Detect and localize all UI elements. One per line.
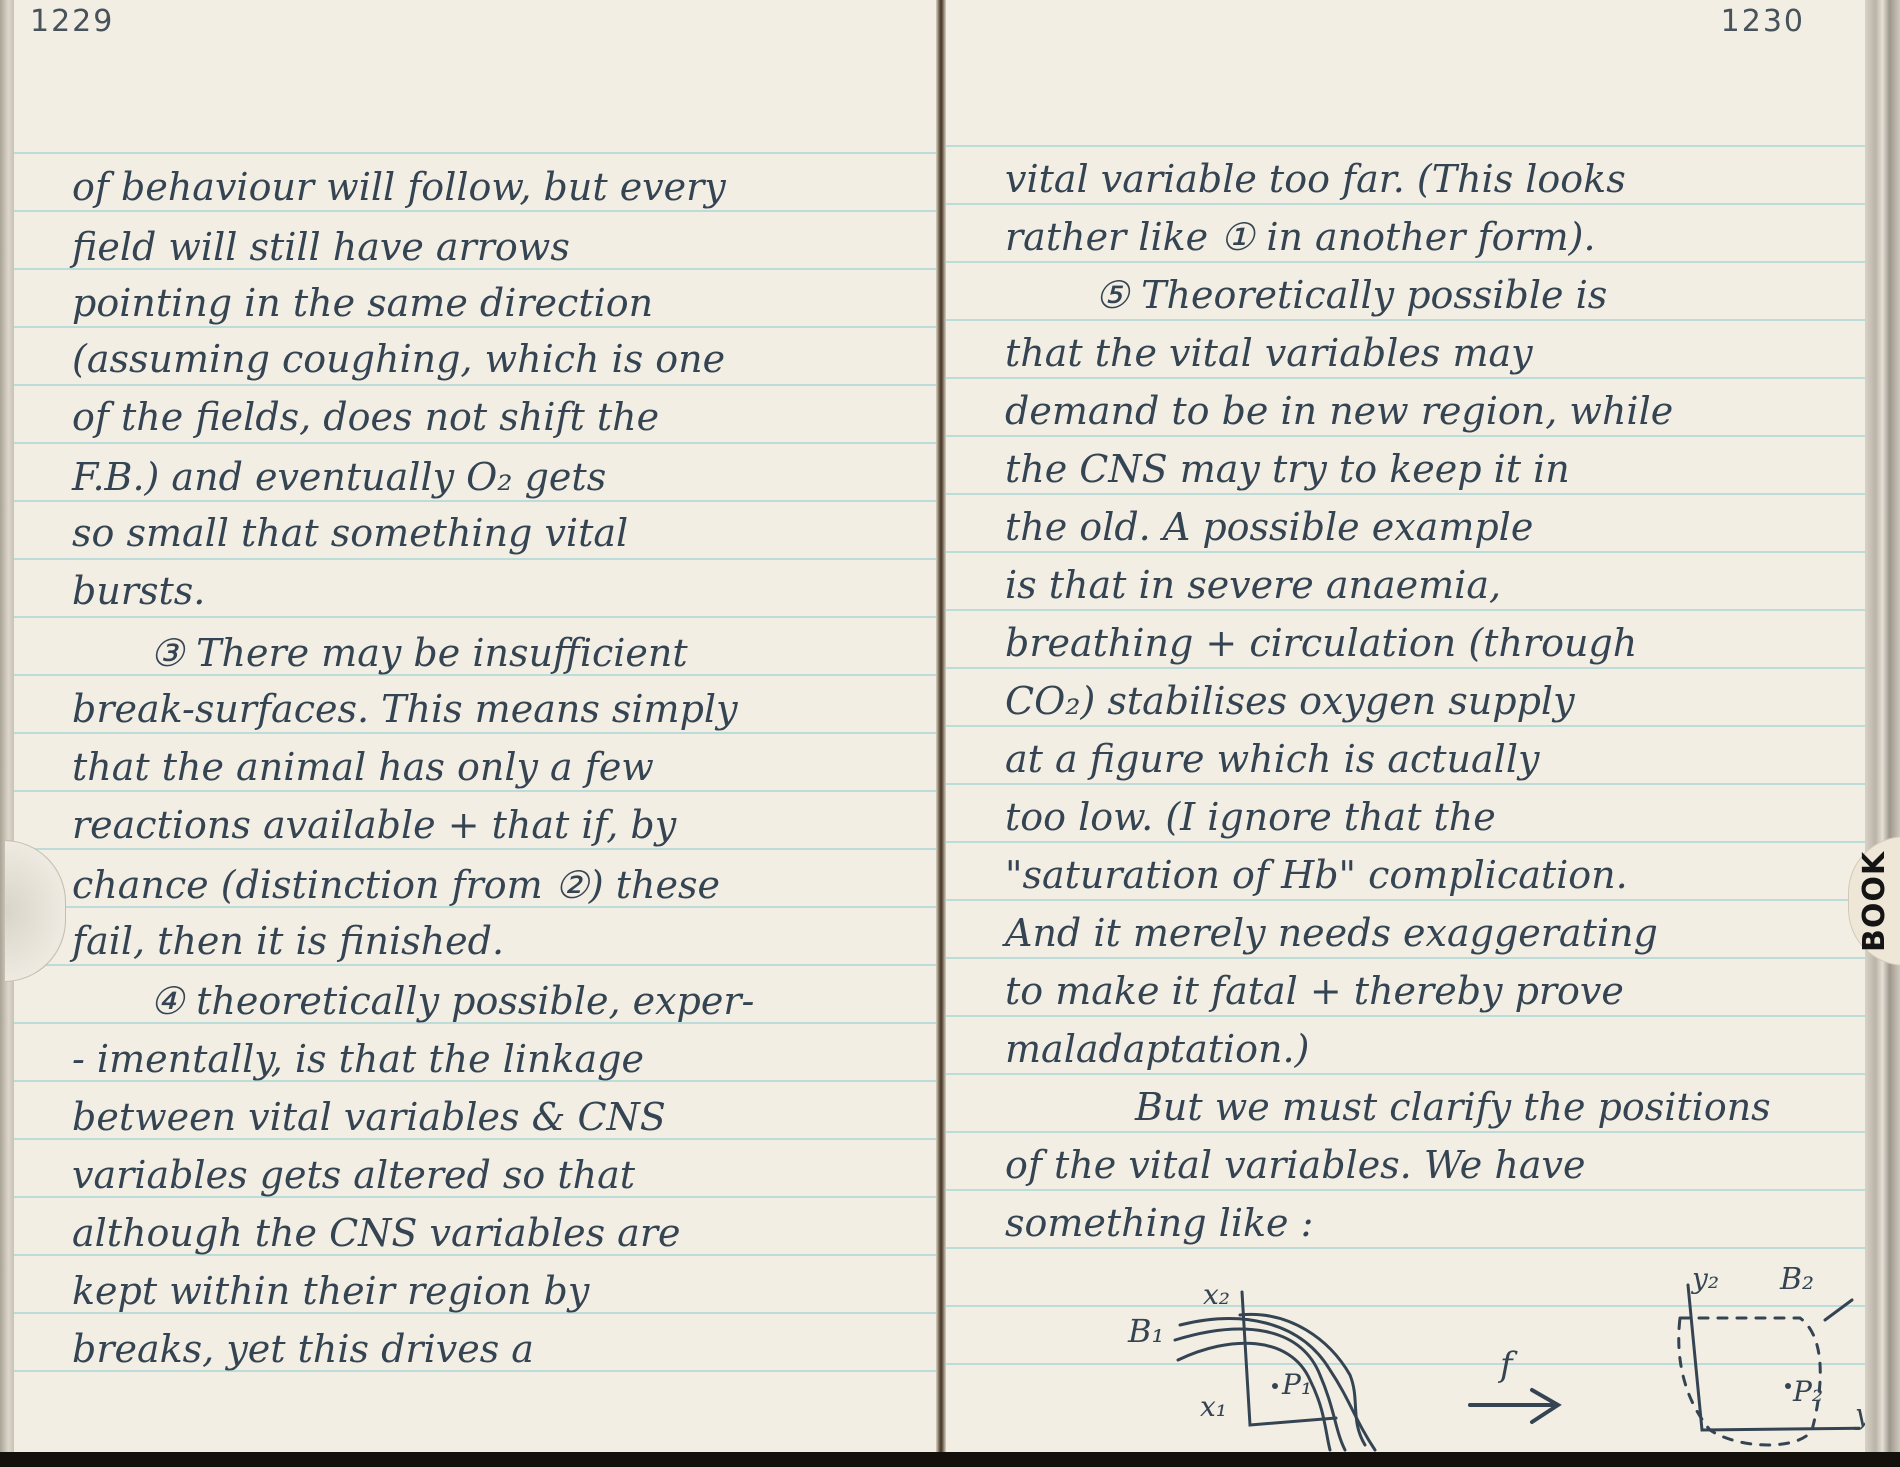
boundary-label-b2: B₂ bbox=[1780, 1262, 1814, 1297]
page-number-left: 1229 bbox=[30, 4, 114, 39]
handwritten-line: bursts. bbox=[0, 572, 938, 610]
handwritten-line: of behaviour will follow, but every bbox=[0, 168, 938, 206]
left-page: 1229 of behaviour will follow, but every… bbox=[0, 0, 939, 1452]
index-tab-label: BOOK bbox=[1857, 846, 1892, 956]
handwritten-line: - imentally, is that the linkage bbox=[0, 1040, 938, 1078]
background-edge bbox=[0, 1452, 1900, 1467]
handwritten-line: something like : bbox=[945, 1204, 1865, 1242]
handwritten-line: that the animal has only a few bbox=[0, 748, 938, 786]
handwritten-line: maladaptation.) bbox=[945, 1030, 1865, 1068]
handwritten-line: fail, then it is finished. bbox=[0, 922, 938, 960]
mapping-label-f: f bbox=[1500, 1345, 1513, 1385]
handwritten-line: "saturation of Hb" complication. bbox=[945, 856, 1865, 894]
page-number-right: 1230 bbox=[1721, 4, 1805, 39]
handwritten-line: F.B.) and eventually O₂ gets bbox=[0, 458, 938, 496]
handwritten-line: the CNS may try to keep it in bbox=[945, 450, 1865, 488]
notebook-spread: 1229 of behaviour will follow, but every… bbox=[0, 0, 1900, 1455]
handwritten-line: pointing in the same direction bbox=[0, 284, 938, 322]
handwritten-line: CO₂) stabilises oxygen supply bbox=[945, 682, 1865, 720]
handwritten-line: so small that something vital bbox=[0, 514, 938, 552]
handwritten-line: But we must clarify the positions bbox=[945, 1088, 1865, 1126]
handwritten-line: too low. (I ignore that the bbox=[945, 798, 1865, 836]
handwritten-line: of the fields, does not shift the bbox=[0, 398, 938, 436]
handwritten-line: demand to be in new region, while bbox=[945, 392, 1865, 430]
handwritten-line: of the vital variables. We have bbox=[945, 1146, 1865, 1184]
handwritten-line: chance (distinction from ②) these bbox=[0, 866, 938, 904]
binding-gutter bbox=[936, 0, 946, 1455]
handwritten-line: although the CNS variables are bbox=[0, 1214, 938, 1252]
point-label-p1: P₁ bbox=[1282, 1368, 1312, 1401]
handwritten-line-item-5: ⑤ Theoretically possible is bbox=[945, 276, 1865, 314]
handwritten-line: that the vital variables may bbox=[945, 334, 1865, 372]
point-label-p2: P₂ bbox=[1793, 1375, 1823, 1408]
handwritten-line: reactions available + that if, by bbox=[0, 806, 938, 844]
handwritten-line: between vital variables & CNS bbox=[0, 1098, 938, 1136]
boundary-label-b1: B₁ bbox=[1128, 1312, 1164, 1350]
handwritten-line-item-4: ④ theoretically possible, exper- bbox=[0, 982, 938, 1020]
handwritten-line: is that in severe anaemia, bbox=[945, 566, 1865, 604]
handwritten-line: vital variable too far. (This looks bbox=[945, 160, 1865, 198]
handwritten-line: And it merely needs exaggerating bbox=[945, 914, 1865, 952]
handwritten-line: breathing + circulation (through bbox=[945, 624, 1865, 662]
axis-label-x2: x₂ bbox=[1203, 1278, 1230, 1311]
axis-label-x1: x₁ bbox=[1200, 1390, 1227, 1423]
handwritten-line: field will still have arrows bbox=[0, 228, 938, 266]
right-page: 1230 vital variable too far. (This looks… bbox=[945, 0, 1865, 1452]
handwritten-line: rather like ① in another form). bbox=[945, 218, 1865, 256]
handwritten-line-item-3: ③ There may be insufficient bbox=[0, 634, 938, 672]
handwritten-line: (assuming coughing, which is one bbox=[0, 340, 938, 378]
handwritten-line: the old. A possible example bbox=[945, 508, 1865, 546]
handwritten-line: to make it fatal + thereby prove bbox=[945, 972, 1865, 1010]
axis-label-y2: y₂ bbox=[1692, 1262, 1719, 1295]
page-edge-right bbox=[1865, 0, 1900, 1455]
handwritten-line: at a figure which is actually bbox=[945, 740, 1865, 778]
handwritten-line: kept within their region by bbox=[0, 1272, 938, 1310]
handwritten-line: break-surfaces. This means simply bbox=[0, 690, 938, 728]
handwritten-line: breaks, yet this drives a bbox=[0, 1330, 938, 1368]
handwritten-line: variables gets altered so that bbox=[0, 1156, 938, 1194]
page-edge-left bbox=[0, 0, 14, 1455]
